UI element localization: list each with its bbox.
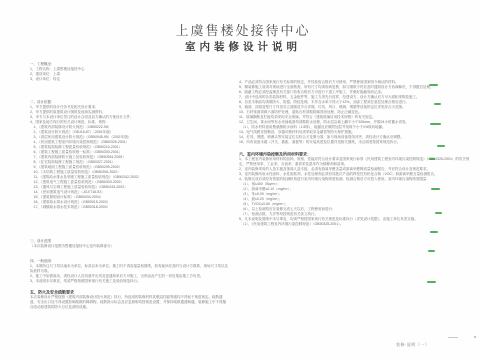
text-block: 一、工程概况：1、工程名称：上虞售楼处接待中心2、建设单位：上虞3、设计单位：待… — [30, 62, 228, 82]
green-mark — [437, 145, 445, 147]
document-subtitle: 室内装修设计说明 — [0, 39, 480, 54]
green-mark — [435, 212, 442, 214]
sheet-label: 装修·说明（一） — [396, 342, 480, 348]
green-mark — [434, 103, 441, 105]
green-mark — [430, 231, 438, 233]
green-mark — [430, 123, 441, 125]
text-line: 本次装修设计严格按照《建筑内部装修设计防火规范》执行，所选用的装修材料其燃烧性能… — [30, 295, 228, 310]
green-mark — [429, 84, 438, 86]
green-mark — [427, 281, 436, 283]
green-mark — [428, 250, 435, 252]
left-text-column: 一、工程概况：1、工程名称：上虞售楼处接待中心2、建设单位：上虞3、设计单位：待… — [30, 62, 228, 310]
green-mark — [431, 188, 440, 190]
text-block: 五、防火及安全疏散要求本次装修设计严格按照《建筑内部装修设计防火规范》执行，所选… — [30, 290, 228, 310]
green-mark — [429, 158, 435, 160]
text-block: 四、一般说明：1、本图所注尺寸均以毫米为单位，标高以米为单位；施工时不得直接量取… — [30, 259, 228, 284]
text-line: （1）、《民用建筑工程室内环境污染控制规范》（GB50325-2001）。 — [239, 222, 473, 227]
footer-dot — [474, 336, 476, 338]
text-line: 3、设计单位：待定 — [30, 77, 228, 82]
text-block: 三、设计范围（本次装修设计范围为售楼处接待中心室内装修部分） — [30, 239, 228, 249]
footer-dash — [448, 337, 458, 338]
text-line: （本次装修设计范围为售楼处接待中心室内装修部分） — [30, 244, 228, 249]
text-block: 二、设计依据：1、甲方提供的设计任务书及相关设计要求；2、甲方提供的原建筑设计图… — [30, 100, 228, 210]
document-sheet: 上虞售楼处接待中心 室内装修设计说明 一、工程概况：1、工程名称：上虞售楼处接待… — [0, 0, 480, 360]
text-line: 1、本工程室内装修所用材料的品种、规格、性能应符合设计要求及国家现行标准《民用建… — [239, 157, 473, 167]
text-line: 3、本说明未尽事宜，均须严格按照国家现行有关施工及验收规范执行。 — [30, 279, 228, 284]
text-block: 4、产品必须符合国家现行有关标准的规定，并经检验合格后方可使用，严禁使用国家明令… — [239, 80, 473, 145]
text-line: 17、《城镇给水排水技术规范》（GB50318-2000） — [30, 205, 228, 210]
document-title: 上虞售楼处接待中心 — [0, 20, 480, 39]
text-line: 1、本图所注尺寸均以毫米为单位，标高以米为单位；施工时不得直接量取图纸，如有疑问… — [30, 264, 228, 274]
